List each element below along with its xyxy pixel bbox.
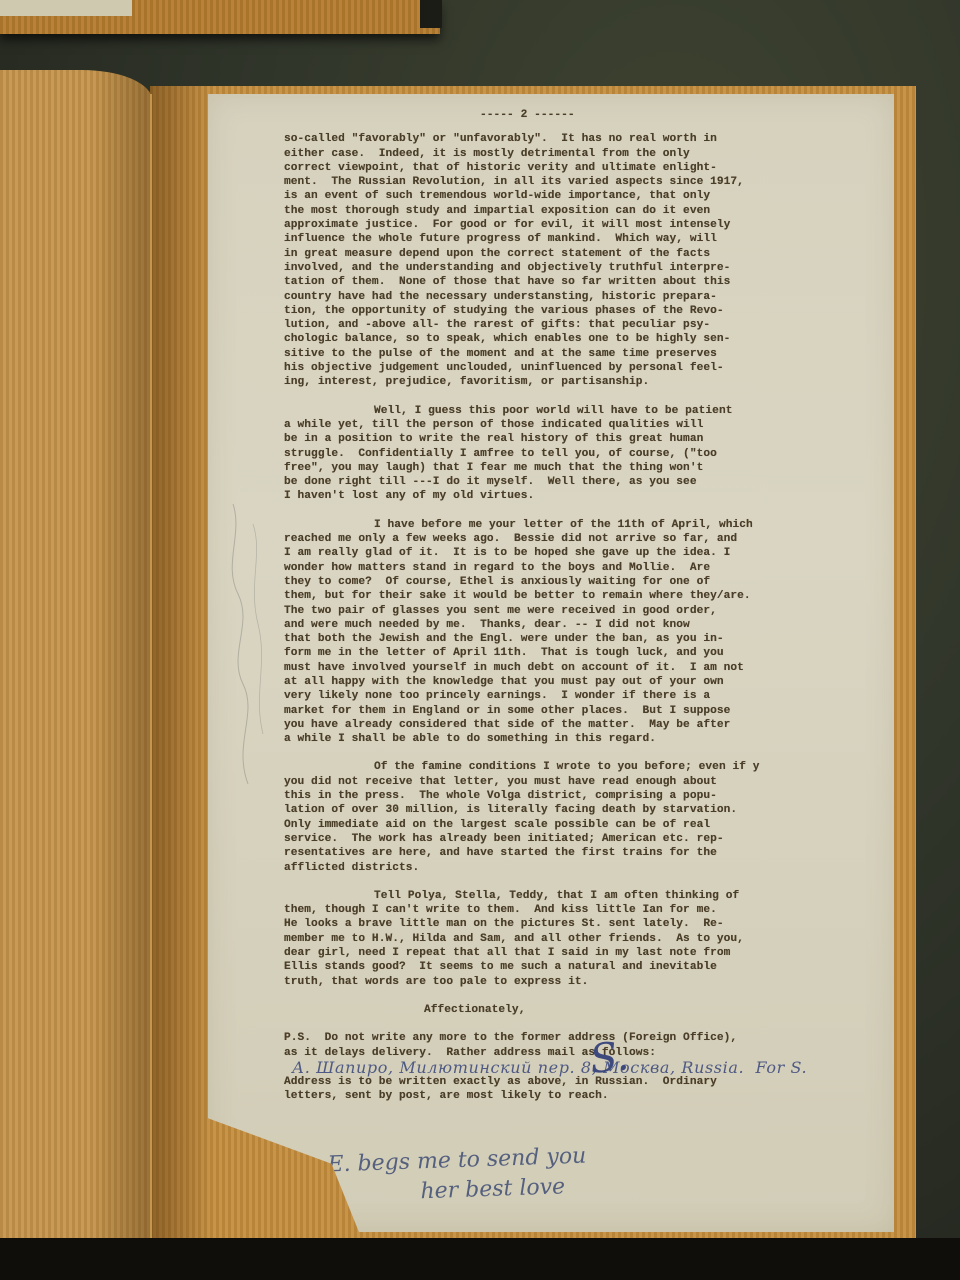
text-line: member me to H.W., Hilda and Sam, and al… — [284, 932, 884, 946]
handwritten-russian-address: А. Шапиро, Милютинский пер. 8, Москва, R… — [284, 1060, 884, 1075]
text-line: that both the Jewish and the Engl. were … — [284, 632, 884, 646]
text-line: Tell Polya, Stella, Teddy, that I am oft… — [284, 889, 884, 903]
text-line: correct viewpoint, that of historic veri… — [284, 161, 884, 175]
paragraph: Tell Polya, Stella, Teddy, that I am oft… — [284, 889, 884, 989]
folder-paper-corner — [0, 0, 132, 16]
text-line: be in a position to write the real histo… — [284, 432, 884, 446]
paragraph: Of the famine conditions I wrote to you … — [284, 760, 884, 874]
text-line: truth, that words are too pale to expres… — [284, 975, 884, 989]
album-left-page — [0, 70, 152, 1270]
text-line: his objective judgement unclouded, uninf… — [284, 361, 884, 375]
postnote-line-2: her best love — [328, 1171, 588, 1210]
postscript-line: letters, sent by post, are most likely t… — [284, 1089, 884, 1103]
text-line: dear girl, need I repeat that all that I… — [284, 946, 884, 960]
text-line: sitive to the pulse of the moment and at… — [284, 347, 884, 361]
text-line: tion, the opportunity of studying the va… — [284, 304, 884, 318]
text-line: The two pair of glasses you sent me were… — [284, 604, 884, 618]
text-line: them, but for their sake it would be bet… — [284, 589, 884, 603]
text-line: a while I shall be able to do something … — [284, 732, 884, 746]
text-line: them, though I can't write to them. And … — [284, 903, 884, 917]
stacked-folder — [0, 0, 440, 34]
text-line: either case. Indeed, it is mostly detrim… — [284, 147, 884, 161]
text-line: lution, and -above all- the rarest of gi… — [284, 318, 884, 332]
typewritten-letter: ----- 2 ------ so-called "favorably" or … — [208, 94, 894, 1232]
text-line: Only immediate aid on the largest scale … — [284, 818, 884, 832]
margin-pencil-marks — [213, 494, 283, 834]
text-line: market for them in England or in some ot… — [284, 704, 884, 718]
text-line: reached me only a few weeks ago. Bessie … — [284, 532, 884, 546]
text-line: very likely none too princely earnings. … — [284, 689, 884, 703]
text-line: so-called "favorably" or "unfavorably". … — [284, 132, 884, 146]
text-line: resentatives are here, and have started … — [284, 846, 884, 860]
text-line: you did not receive that letter, you mus… — [284, 775, 884, 789]
handwritten-postnote: E. begs me to send you her best love — [327, 1142, 588, 1211]
letter-body: ----- 2 ------ so-called "favorably" or … — [284, 108, 884, 1103]
text-line: wonder how matters stand in regard to th… — [284, 561, 884, 575]
text-line: the most thorough study and impartial ex… — [284, 204, 884, 218]
paragraph: so-called "favorably" or "unfavorably". … — [284, 132, 884, 389]
album-spine — [150, 94, 152, 1244]
text-line: Well, I guess this poor world will have … — [284, 404, 884, 418]
text-line: approximate justice. For good or for evi… — [284, 218, 884, 232]
text-line: in great measure depend upon the correct… — [284, 247, 884, 261]
text-line: Of the famine conditions I wrote to you … — [284, 760, 884, 774]
text-line: country have had the necessary understan… — [284, 290, 884, 304]
text-line: He looks a brave little man on the pictu… — [284, 917, 884, 931]
letter-paragraphs: so-called "favorably" or "unfavorably". … — [284, 132, 884, 989]
paragraph: I have before me your letter of the 11th… — [284, 518, 884, 747]
postscript-line: Address is to be written exactly as abov… — [284, 1075, 884, 1089]
text-line: lation of over 30 million, is literally … — [284, 803, 884, 817]
text-line: a while yet, till the person of those in… — [284, 418, 884, 432]
postscript: P.S. Do not write any more to the former… — [284, 1031, 884, 1103]
text-line: I have before me your letter of the 11th… — [284, 518, 884, 532]
text-line: free", you may laugh) that I fear me muc… — [284, 461, 884, 475]
text-line: involved, and the understanding and obje… — [284, 261, 884, 275]
paragraph: Well, I guess this poor world will have … — [284, 404, 884, 504]
text-line: you have already considered that side of… — [284, 718, 884, 732]
text-line: chologic balance, so to speak, which ena… — [284, 332, 884, 346]
text-line: is an event of such tremendous world-wid… — [284, 189, 884, 203]
folder-shadow — [420, 0, 442, 28]
text-line: and were much needed by me. Thanks, dear… — [284, 618, 884, 632]
text-line: form me in the letter of April 11th. Tha… — [284, 646, 884, 660]
text-line: Ellis stands good? It seems to me such a… — [284, 960, 884, 974]
text-line: be done right till ---I do it myself. We… — [284, 475, 884, 489]
text-line: tation of them. None of those that have … — [284, 275, 884, 289]
text-line: must have involved yourself in much debt… — [284, 661, 884, 675]
signature: S. — [588, 1036, 631, 1080]
closing: Affectionately, — [284, 1003, 884, 1017]
text-line: I haven't lost any of my old virtues. — [284, 489, 884, 503]
text-line: I am really glad of it. It is to be hope… — [284, 546, 884, 560]
postscript-line: P.S. Do not write any more to the former… — [284, 1031, 884, 1045]
page-number: ----- 2 ------ — [284, 108, 884, 122]
table-shadow — [0, 1238, 960, 1280]
text-line: struggle. Confidentially I amfree to tel… — [284, 447, 884, 461]
text-line: they to come? Of course, Ethel is anxiou… — [284, 575, 884, 589]
text-line: influence the whole future progress of m… — [284, 232, 884, 246]
text-line: this in the press. The whole Volga distr… — [284, 789, 884, 803]
text-line: at all happy with the knowledge that you… — [284, 675, 884, 689]
text-line: afflicted districts. — [284, 861, 884, 875]
text-line: ment. The Russian Revolution, in all its… — [284, 175, 884, 189]
text-line: ing, interest, prejudice, favoritism, or… — [284, 375, 884, 389]
text-line: service. The work has already been initi… — [284, 832, 884, 846]
